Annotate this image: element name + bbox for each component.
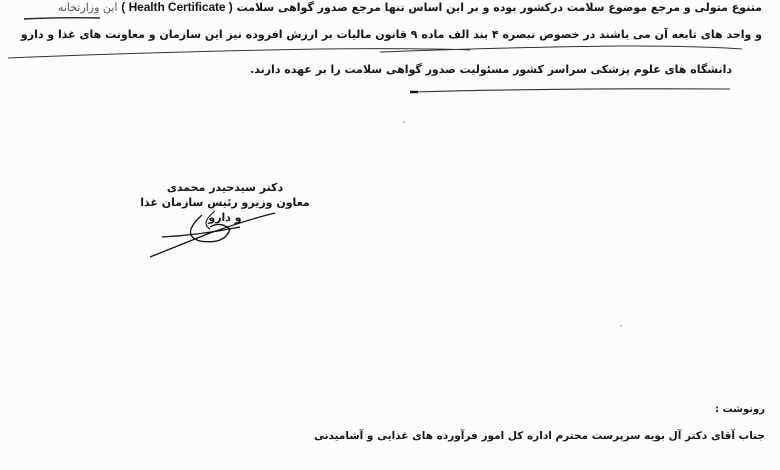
pen-underline-line2-left [8,49,470,58]
body-line-1-tail: این وزارتخانه [58,1,117,14]
body-line-2: و واحد های تابعه آن می باشند در خصوص تبص… [21,28,762,42]
pen-underline-line2-right [380,46,742,52]
signatory-name: دکتر سیدحیدر محمدی [135,180,315,195]
health-certificate-term: ( Health Certificate ) [121,0,232,14]
cc-recipient: جناب آقای دکتر آل بویه سرپرست محترم ادار… [314,430,765,442]
scan-speck [620,325,622,327]
cc-label: رونوشت : [715,404,765,415]
body-line-1: متنوع متولی و مرجع موضوع سلامت درکشور بو… [58,0,762,15]
pen-underline-top-left [24,18,100,19]
pen-underline-line3 [412,89,730,92]
body-line-3: دانشگاه های علوم پزشکی سراسر کشور مسئولی… [250,63,732,77]
handwritten-signature-icon [140,205,290,265]
scanned-letter-page: متنوع متولی و مرجع موضوع سلامت درکشور بو… [0,0,780,470]
body-line-1-text: متنوع متولی و مرجع موضوع سلامت درکشور بو… [237,1,762,14]
scan-speck [403,121,405,123]
